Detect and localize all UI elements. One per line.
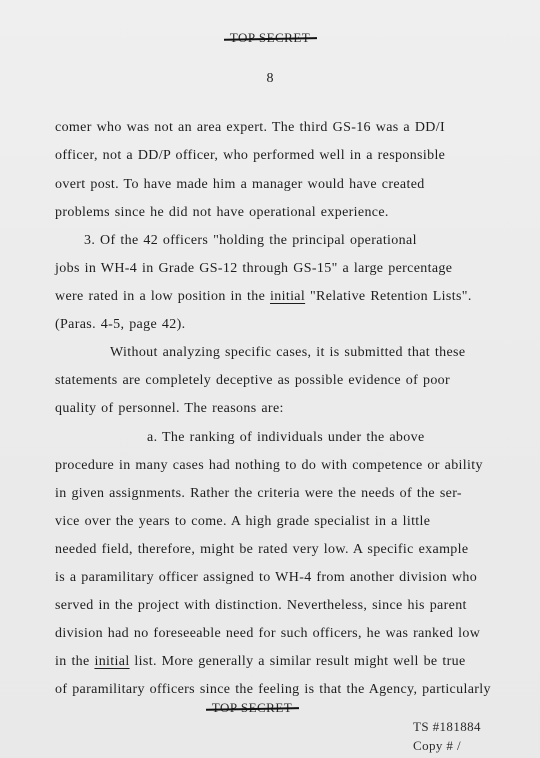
body-line: division had no foreseeable need for suc… <box>55 626 480 642</box>
underlined-word-initial: initial <box>94 654 129 669</box>
body-line: comer who was not an area expert. The th… <box>55 120 445 136</box>
copy-number: Copy # / <box>413 738 461 754</box>
body-line: problems since he did not have operation… <box>55 205 389 221</box>
body-line: overt post. To have made him a manager w… <box>55 177 425 193</box>
classification-marking-bottom: TOP SECRET <box>0 700 522 716</box>
line-text: were rated in a low position in the <box>55 289 270 304</box>
page-number: 8 <box>0 71 540 87</box>
line-text-tail: "Relative Retention Lists". <box>305 289 472 304</box>
classification-marking-top: TOP SECRET <box>0 30 540 46</box>
body-line: officer, not a DD/P officer, who perform… <box>55 148 445 164</box>
body-line: (Paras. 4-5, page 42). <box>55 317 185 333</box>
body-line: is a paramilitary officer assigned to WH… <box>55 570 477 586</box>
body-line: in given assignments. Rather the criteri… <box>55 486 462 502</box>
paragraph-3-start: 3. Of the 42 officers "holding the princ… <box>84 233 417 249</box>
body-line: vice over the years to come. A high grad… <box>55 514 430 530</box>
paragraph-start: Without analyzing specific cases, it is … <box>110 345 465 361</box>
body-line: needed field, therefore, might be rated … <box>55 542 468 558</box>
body-line: jobs in WH-4 in Grade GS-12 through GS-1… <box>55 261 452 277</box>
body-line: procedure in many cases had nothing to d… <box>55 458 483 474</box>
body-line: quality of personnel. The reasons are: <box>55 401 284 417</box>
document-page: TOP SECRET 8 comer who was not an area e… <box>0 0 540 758</box>
struck-classification-text: TOP SECRET <box>212 700 293 716</box>
line-text: in the <box>55 654 94 669</box>
underlined-word-initial: initial <box>270 289 305 304</box>
body-line: served in the project with distinction. … <box>55 598 467 614</box>
body-line: of paramilitary officers since the feeli… <box>55 682 491 698</box>
body-line-with-underline: in the initial list. More generally a si… <box>55 654 466 670</box>
line-text-tail: list. More generally a similar result mi… <box>130 654 466 669</box>
struck-classification-text: TOP SECRET <box>230 30 311 46</box>
body-line-with-underline: were rated in a low position in the init… <box>55 289 472 305</box>
body-line: statements are completely deceptive as p… <box>55 373 450 389</box>
subparagraph-a-start: a. The ranking of individuals under the … <box>147 430 425 446</box>
control-number: TS #181884 <box>413 719 481 735</box>
